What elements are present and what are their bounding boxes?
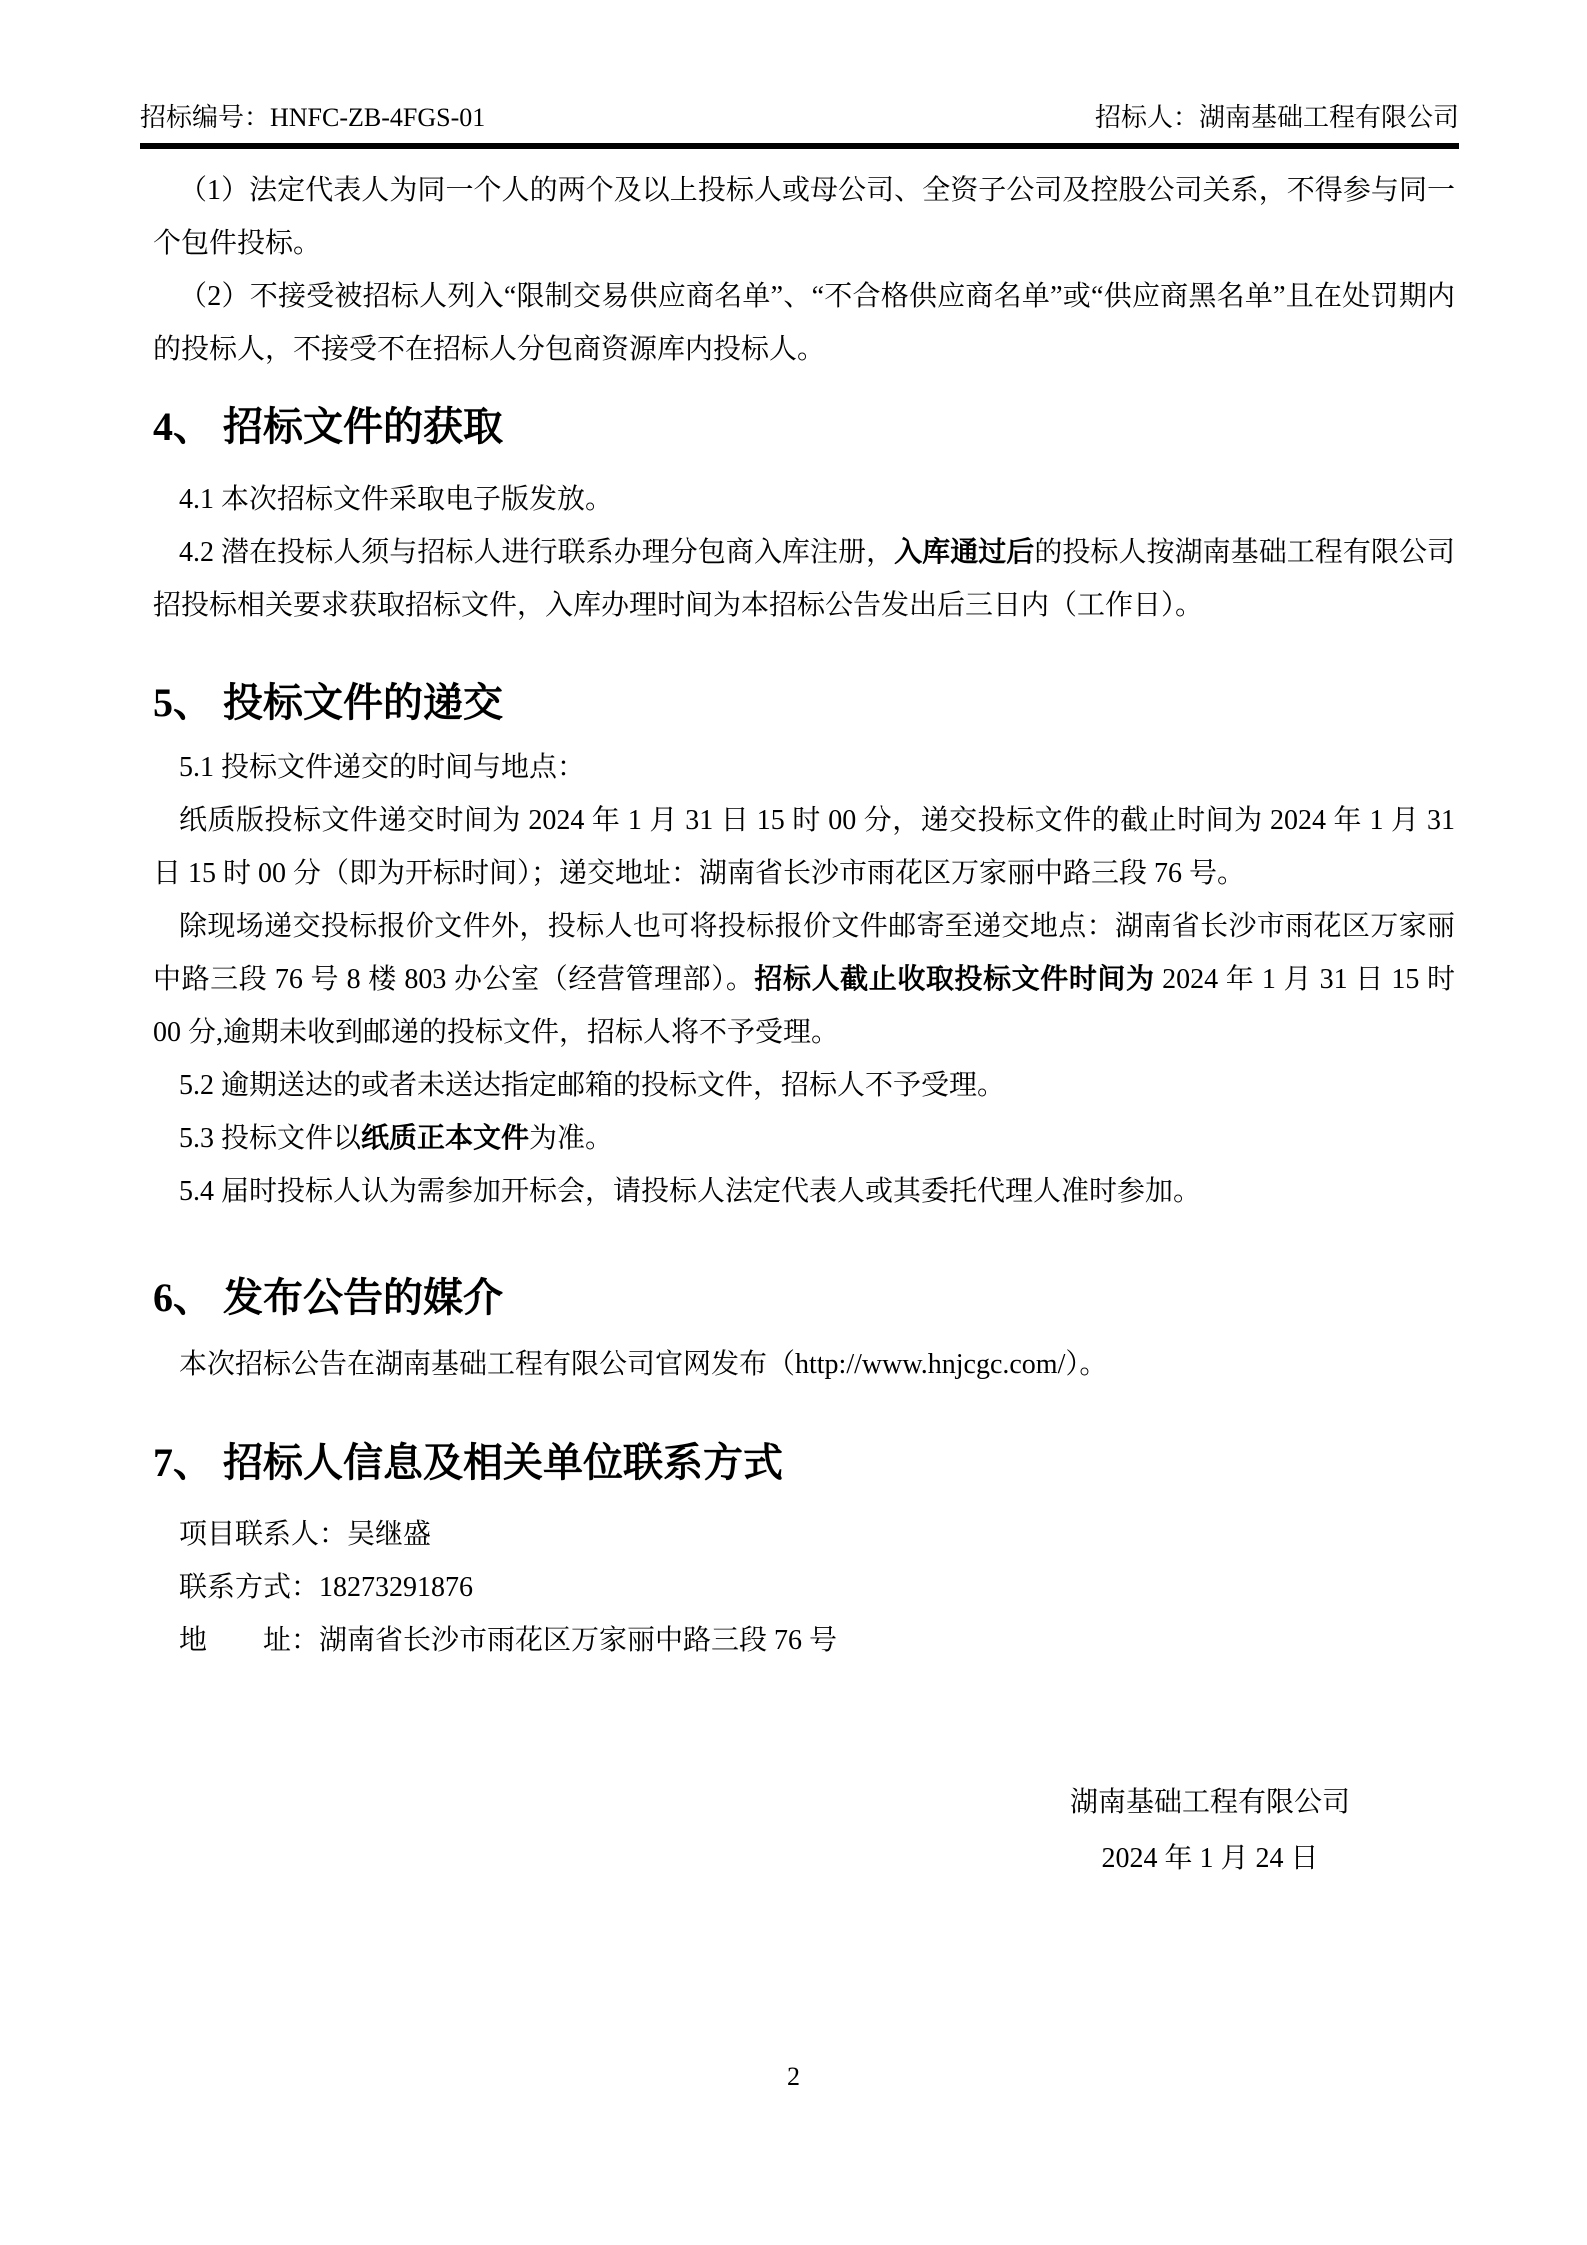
contact-person: 项目联系人：吴继盛 <box>153 1508 1455 1561</box>
clause-6-publish: 本次招标公告在湖南基础工程有限公司官网发布（http://www.hnjcgc.… <box>153 1338 1455 1391</box>
page-header: 招标编号：HNFC-ZB-4FGS-01 招标人：湖南基础工程有限公司 <box>140 103 1459 149</box>
document-body: （1）法定代表人为同一个人的两个及以上投标人或母公司、全资子公司及控股公司关系，… <box>153 150 1455 1887</box>
section-6-heading: 6、发布公告的媒介 <box>153 1270 1455 1326</box>
section-5-heading: 5、投标文件的递交 <box>153 675 1455 731</box>
intro-clause-1: （1）法定代表人为同一个人的两个及以上投标人或母公司、全资子公司及控股公司关系，… <box>153 164 1455 270</box>
contact-address: 地 址：湖南省长沙市雨花区万家丽中路三段 76 号 <box>153 1614 1455 1667</box>
tender-number: 招标编号：HNFC-ZB-4FGS-01 <box>140 103 485 133</box>
clause-5-1: 5.1 投标文件递交的时间与地点： <box>153 741 1455 794</box>
section-7-number: 7、 <box>153 1440 213 1485</box>
clause-4-2-text: 4.2 潜在投标人须与招标人进行联系办理分包商入库注册， <box>179 537 894 568</box>
document-page: 招标编号：HNFC-ZB-4FGS-01 招标人：湖南基础工程有限公司 （1）法… <box>0 0 1587 2245</box>
clause-5-3-bold: 纸质正本文件 <box>361 1123 529 1154</box>
page-number: 2 <box>0 2062 1587 2092</box>
section-6-title: 发布公告的媒介 <box>223 1276 503 1320</box>
section-5-title: 投标文件的递交 <box>223 681 503 725</box>
clause-5-1-mail: 除现场递交投标报价文件外，投标人也可将投标报价文件邮寄至递交地点：湖南省长沙市雨… <box>153 900 1455 1059</box>
intro-clause-2: （2）不接受被招标人列入“限制交易供应商名单”、“不合格供应商名单”或“供应商黑… <box>153 270 1455 376</box>
tenderer-name: 招标人：湖南基础工程有限公司 <box>1095 103 1459 133</box>
signature-block: 湖南基础工程有限公司 2024 年 1 月 24 日 <box>1060 1775 1360 1887</box>
clause-5-2: 5.2 逾期送达的或者未送达指定邮箱的投标文件，招标人不予受理。 <box>153 1059 1455 1112</box>
clause-5-3-text: 5.3 投标文件以 <box>179 1123 361 1154</box>
clause-5-1-time: 纸质版投标文件递交时间为 2024 年 1 月 31 日 15 时 00 分，递… <box>153 794 1455 900</box>
clause-4-2: 4.2 潜在投标人须与招标人进行联系办理分包商入库注册，入库通过后的投标人按湖南… <box>153 526 1455 632</box>
section-6-number: 6、 <box>153 1275 213 1320</box>
clause-5-3-tail: 为准。 <box>529 1123 613 1154</box>
clause-5-3: 5.3 投标文件以纸质正本文件为准。 <box>153 1112 1455 1165</box>
clause-5-1-mail-bold: 招标人截止收取投标文件时间为 <box>754 964 1154 995</box>
section-4-title: 招标文件的获取 <box>223 405 503 449</box>
section-7-title: 招标人信息及相关单位联系方式 <box>223 1441 783 1485</box>
clause-5-4: 5.4 届时投标人认为需参加开标会，请投标人法定代表人或其委托代理人准时参加。 <box>153 1165 1455 1218</box>
section-5-number: 5、 <box>153 680 213 725</box>
section-7-heading: 7、招标人信息及相关单位联系方式 <box>153 1435 1455 1491</box>
signature-date: 2024 年 1 月 24 日 <box>1060 1831 1360 1887</box>
section-4-number: 4、 <box>153 404 213 449</box>
clause-4-1: 4.1 本次招标文件采取电子版发放。 <box>153 473 1455 526</box>
signature-company: 湖南基础工程有限公司 <box>1060 1775 1360 1831</box>
section-4-heading: 4、招标文件的获取 <box>153 399 1455 455</box>
contact-phone: 联系方式：18273291876 <box>153 1561 1455 1614</box>
clause-4-2-bold: 入库通过后 <box>894 537 1034 568</box>
